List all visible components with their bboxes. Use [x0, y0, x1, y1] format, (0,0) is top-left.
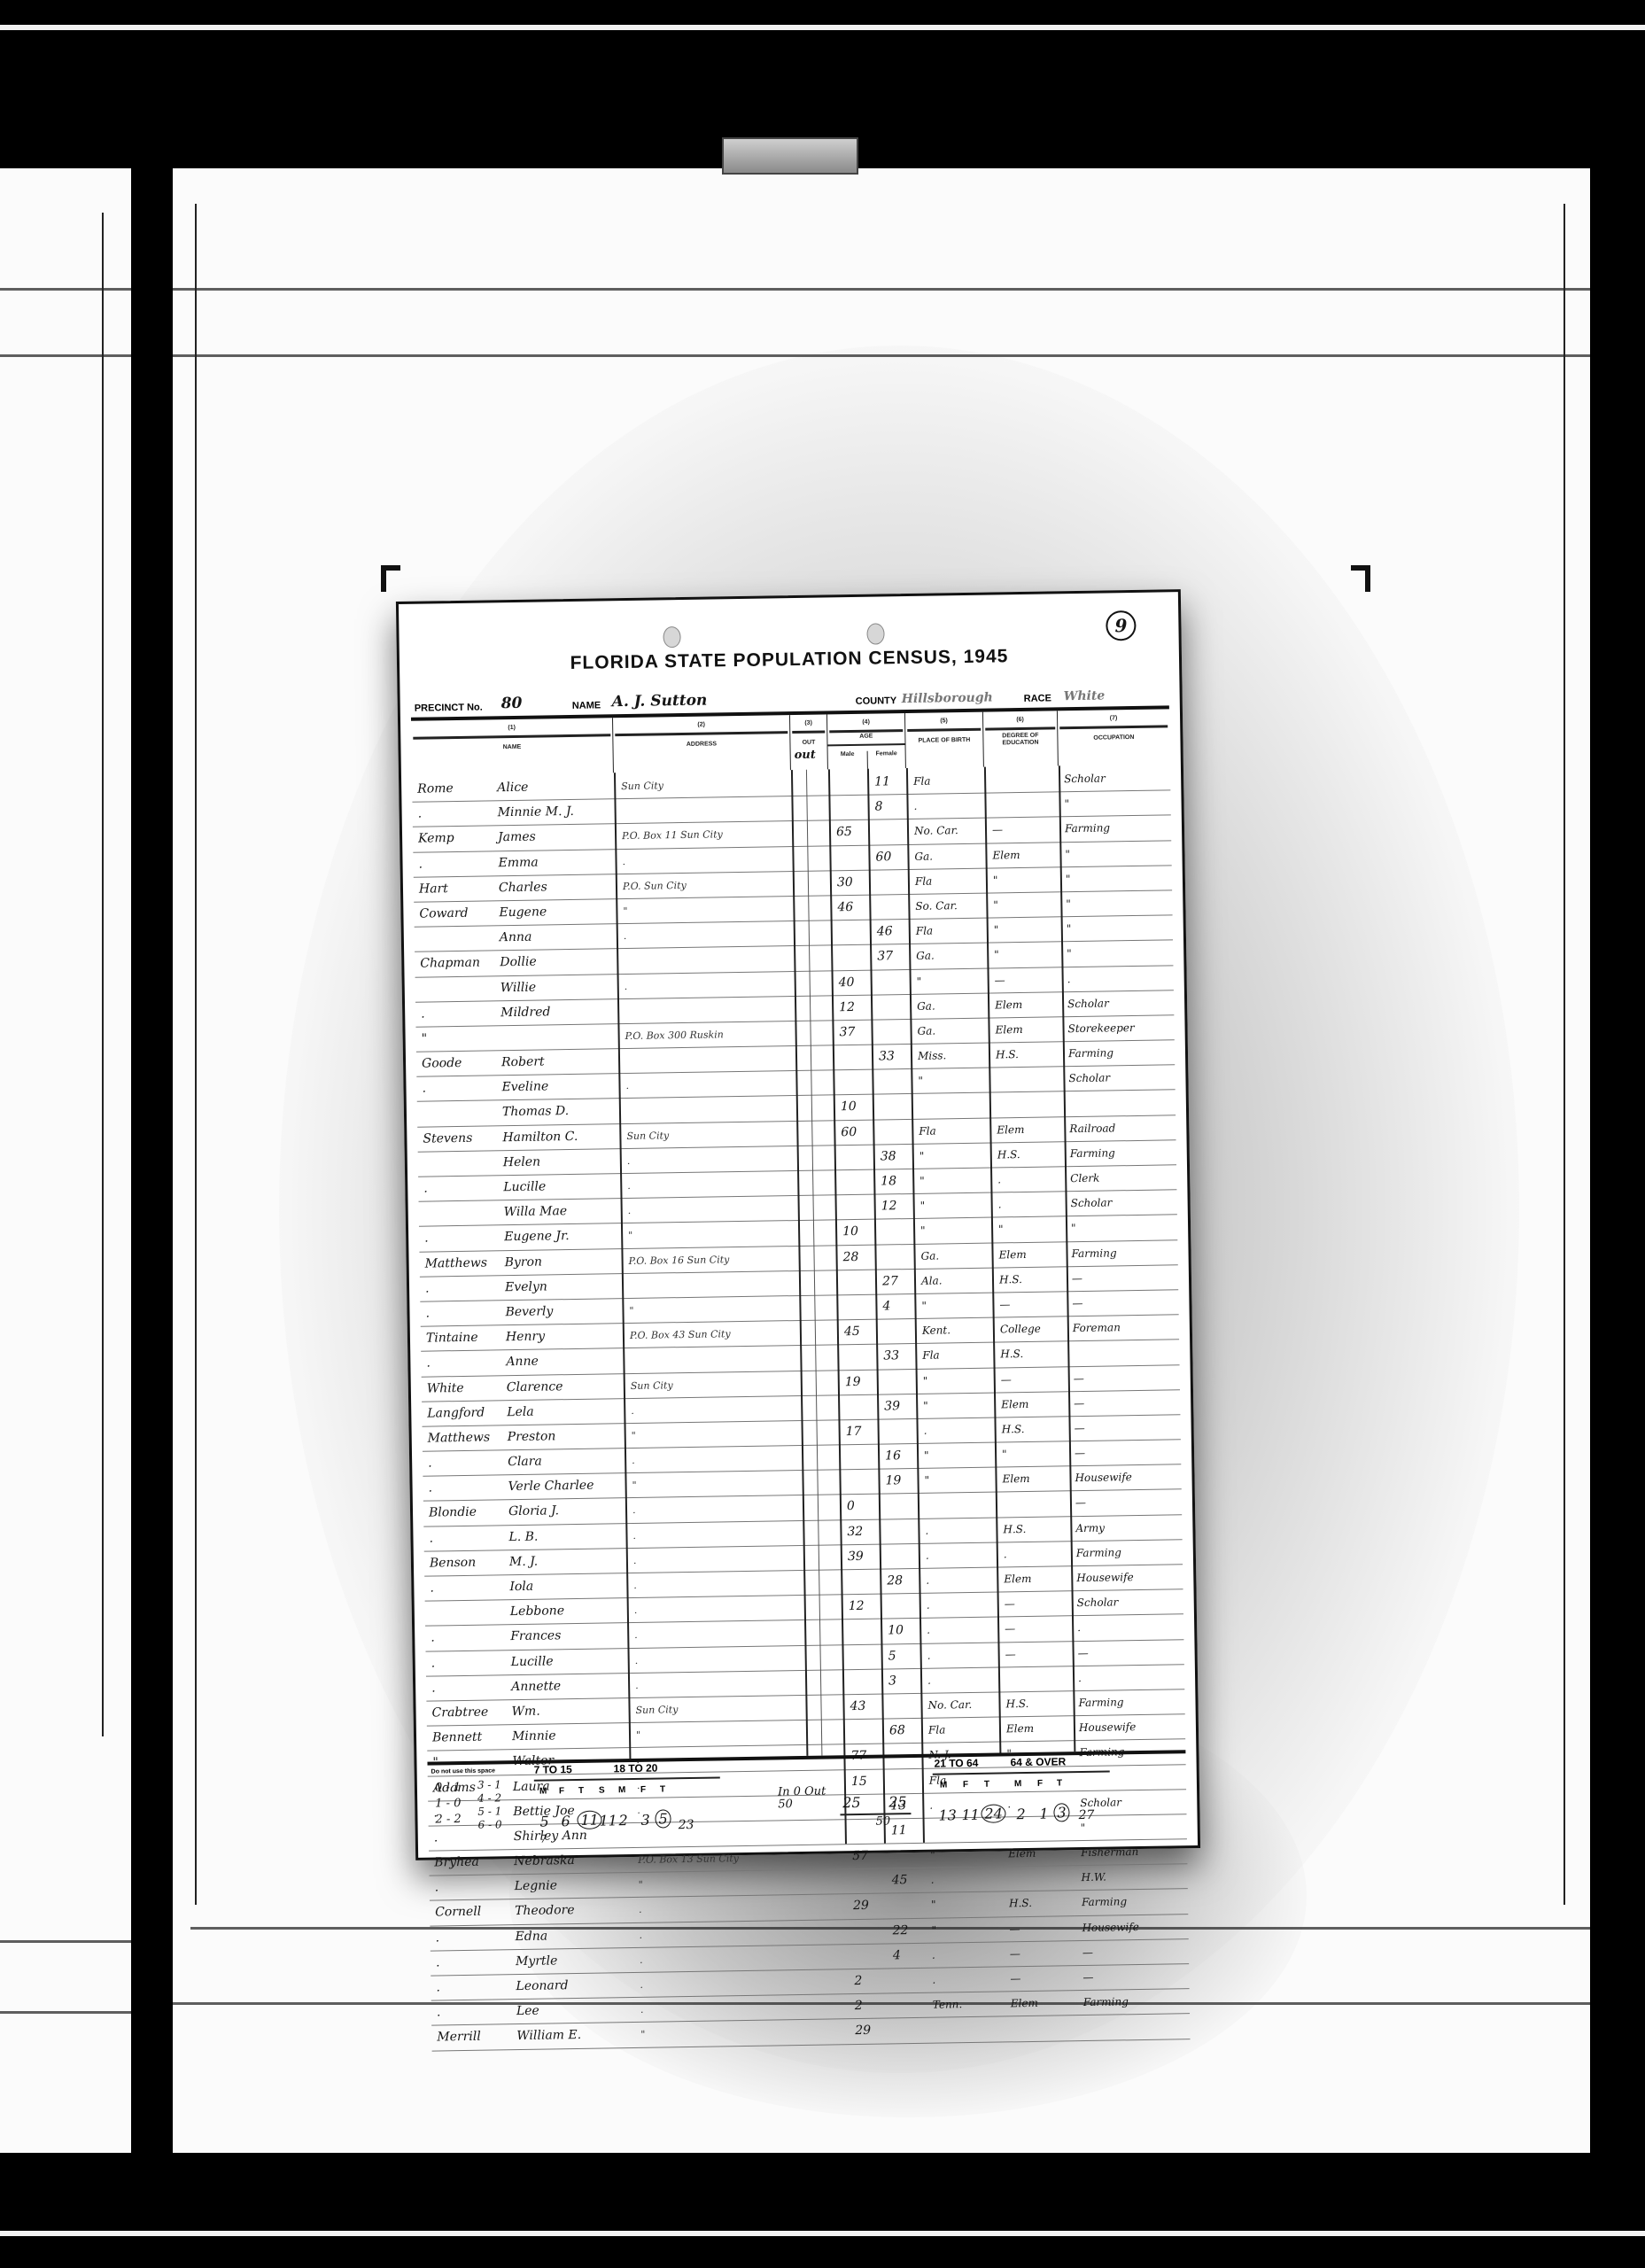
grand-total: 50: [875, 1814, 890, 1828]
cell-birth: .: [927, 1594, 930, 1618]
cell-surname: Blondie: [429, 1501, 477, 1526]
cell-occ: H.W.: [1081, 1866, 1106, 1891]
cell-male: 57: [852, 1845, 868, 1868]
cell-address: .: [625, 974, 628, 998]
cell-birth: Ga.: [914, 844, 933, 869]
cell-birth: .: [932, 1943, 935, 1967]
cell-given: Mildred: [500, 1000, 551, 1025]
cell-birth: Fla: [913, 770, 931, 794]
cell-birth: Ala.: [921, 1269, 943, 1293]
cell-birth: ": [924, 1444, 929, 1468]
document-title: FLORIDA STATE POPULATION CENSUS, 1945: [400, 643, 1179, 677]
val-21-64-t: 24: [981, 1804, 1006, 1822]
val-7-15-extra: 7: [540, 1833, 547, 1845]
cell-edu: Elem: [1011, 1992, 1039, 2016]
cell-surname: Tintaine: [426, 1326, 478, 1351]
cell-given: M. J.: [509, 1550, 539, 1574]
cell-given: Frances: [510, 1625, 562, 1650]
cell-edu: H.S.: [1003, 1518, 1026, 1542]
cell-occ: Farming: [1083, 1990, 1129, 2015]
cell-address: .: [640, 1973, 643, 1997]
cell-male: 2: [855, 1994, 863, 2018]
cell-surname: Coward: [419, 902, 469, 927]
cell-edu: H.S.: [1001, 1417, 1024, 1442]
cell-edu: Elem: [995, 993, 1023, 1018]
cell-female: 28: [887, 1569, 903, 1593]
cell-surname: .: [437, 2001, 441, 2025]
cell-birth: .: [930, 1868, 934, 1892]
cell-address: .: [639, 1922, 642, 1946]
cell-birth: .: [913, 795, 917, 819]
tally-left-0: 0 - 1: [435, 1781, 461, 1794]
female-total: 25: [888, 1793, 907, 1810]
cell-given: Dollie: [500, 951, 537, 975]
census-sheet: 9 FLORIDA STATE POPULATION CENSUS, 1945 …: [396, 589, 1200, 1860]
cell-surname: Goode: [422, 1052, 462, 1076]
cell-address: .: [633, 1549, 637, 1573]
cell-edu: Elem: [1004, 1567, 1032, 1592]
cell-edu: ": [993, 868, 998, 892]
cell-male: 2: [854, 1969, 862, 1993]
group-64-over-label: 64 & OVER: [1010, 1755, 1066, 1768]
val-64-over-t: 3: [1053, 1803, 1070, 1821]
cell-birth: ": [919, 1169, 925, 1193]
cell-surname: Merrill: [437, 2025, 481, 2050]
cell-surname: .: [431, 1676, 436, 1700]
cell-given: Minnie: [512, 1724, 556, 1749]
age-male-header: Male: [828, 751, 868, 770]
cell-surname: .: [434, 1876, 438, 1900]
cell-birth: Kent.: [922, 1318, 951, 1343]
cell-birth: ": [919, 1145, 925, 1169]
col-header-address: (2) ADDRESS: [613, 715, 791, 773]
cell-birth: ": [919, 1194, 925, 1218]
cell-surname: ": [421, 1027, 427, 1051]
cell-male: 45: [844, 1320, 860, 1344]
corner-mark-left: [381, 565, 400, 592]
cell-surname: .: [417, 803, 422, 827]
cell-occ: ": [1071, 1216, 1076, 1240]
precinct-label: PRECINCT No.: [415, 703, 483, 714]
cell-female: 27: [882, 1270, 898, 1293]
val-7-15-s: 11: [599, 1812, 617, 1829]
tally-right-1: 4 - 2: [477, 1791, 501, 1804]
cell-female: 18: [881, 1169, 896, 1193]
cell-given: Minnie M. J.: [497, 800, 574, 826]
cell-address: .: [633, 1573, 637, 1597]
cell-occ: Farming: [1076, 1541, 1121, 1565]
cell-surname: Bryhea: [434, 1851, 479, 1876]
cell-address: .: [640, 1948, 643, 1972]
cell-birth: Fla: [919, 1119, 936, 1143]
cell-edu: Elem: [1008, 1842, 1036, 1867]
binder-clip: [722, 137, 858, 175]
cell-edu: —: [1010, 1967, 1020, 1991]
cell-surname: Matthews: [428, 1425, 491, 1450]
cell-female: 5: [888, 1644, 896, 1668]
cell-female: 37: [877, 945, 893, 969]
tally-right-0: 3 - 1: [477, 1778, 501, 1790]
cell-male: 39: [848, 1545, 864, 1569]
cell-surname: .: [431, 1627, 435, 1651]
val-64-over-m: 2: [1016, 1806, 1025, 1822]
cell-given: Preston: [508, 1425, 556, 1449]
cell-address: .: [632, 1524, 636, 1548]
cell-occ: Scholar: [1067, 991, 1109, 1016]
cell-address: P.O. Box 43 Sun City: [630, 1322, 731, 1348]
cell-birth: Fla: [922, 1344, 940, 1368]
cell-female: 68: [889, 1719, 905, 1743]
cell-female: 16: [885, 1444, 901, 1468]
in-out-note: In 0 Out 50: [778, 1785, 831, 1811]
cell-female: 60: [875, 845, 891, 869]
cell-address: .: [627, 1174, 631, 1198]
county-label: COUNTY: [856, 695, 897, 707]
cell-given: Hamilton C.: [502, 1125, 578, 1151]
cell-given: Lucille: [511, 1650, 554, 1674]
male-total: 25: [842, 1794, 861, 1811]
subtotal-64: 27: [1078, 1808, 1094, 1822]
cell-surname: Cornell: [435, 1900, 482, 1925]
cell-occ: —: [1082, 1941, 1093, 1965]
cell-male: 10: [841, 1095, 857, 1119]
cell-male: 12: [849, 1595, 865, 1619]
cell-surname: .: [425, 1277, 430, 1301]
val-18-20-f: 3: [640, 1812, 649, 1829]
col-header-education: (6) DEGREE OF EDUCATION: [983, 711, 1059, 766]
cell-birth: Ga.: [916, 944, 935, 969]
cell-occ: Housewife: [1079, 1715, 1137, 1740]
cell-occ: —: [1075, 1441, 1085, 1465]
group-18-20-label: 18 TO 20: [614, 1762, 658, 1775]
cell-given: Legnie: [514, 1875, 557, 1899]
cell-address: ": [638, 1873, 642, 1897]
cell-edu: Elem: [992, 843, 1020, 868]
cell-male: 0: [847, 1495, 855, 1518]
cell-occ: .: [1077, 1616, 1081, 1640]
cell-edu: Elem: [1001, 1393, 1029, 1417]
cell-occ: —: [1075, 1491, 1086, 1515]
cell-edu: College: [1000, 1317, 1041, 1342]
cell-birth: .: [925, 1518, 928, 1542]
cell-address: ": [636, 1723, 640, 1747]
cell-edu: Elem: [997, 1118, 1025, 1143]
cell-address: .: [631, 1399, 634, 1423]
cell-given: Wm.: [511, 1700, 540, 1725]
cell-female: 8: [874, 796, 882, 819]
cell-occ: Storekeeper: [1067, 1016, 1135, 1041]
cell-address: Sun City: [635, 1697, 678, 1722]
group-21-64-label: 21 TO 64: [934, 1757, 978, 1770]
enumerator-label: NAME: [572, 700, 601, 711]
cell-birth: ": [931, 1893, 936, 1917]
cell-address: P.O. Box 11 Sun City: [622, 823, 723, 849]
cell-occ: Railroad: [1069, 1116, 1115, 1141]
cell-birth: .: [926, 1569, 929, 1593]
cell-surname: Rome: [417, 777, 454, 802]
cell-edu: .: [997, 1168, 1001, 1192]
cell-occ: —: [1074, 1417, 1084, 1441]
cell-surname: .: [431, 1651, 436, 1675]
cell-male: 29: [855, 2019, 871, 2043]
val-7-15-f: 6: [561, 1813, 570, 1829]
tally-footer: Do not use this space 0 - 1 1 - 0 2 - 2 …: [428, 1751, 1187, 1852]
census-table: (1) NAME (2) ADDRESS (3) OUT out (4) AGE…: [411, 709, 1185, 1761]
cell-female: 4: [882, 1294, 890, 1318]
cell-address: .: [627, 1149, 631, 1173]
cell-surname: Hart: [419, 877, 448, 902]
col-header-age: (4) AGE Male Female: [827, 713, 906, 769]
cell-edu: —: [1005, 1643, 1015, 1666]
cell-address: .: [632, 1449, 635, 1472]
cell-address: .: [622, 850, 625, 874]
cell-surname: .: [428, 1477, 432, 1501]
cell-occ: —: [1072, 1267, 1082, 1291]
cell-birth: No. Car.: [914, 819, 958, 843]
cell-surname: Stevens: [423, 1126, 472, 1151]
cell-given: Henry: [506, 1325, 546, 1350]
cell-edu: —: [1001, 1368, 1012, 1392]
cell-occ: Army: [1075, 1516, 1105, 1541]
cell-birth: .: [932, 1969, 935, 1992]
cell-edu: ": [1002, 1442, 1007, 1466]
cell-edu: H.S.: [1009, 1891, 1032, 1916]
cell-given: Iola: [509, 1575, 533, 1600]
cell-edu: —: [1005, 1592, 1015, 1616]
cell-edu: Elem: [1006, 1717, 1035, 1742]
cell-birth: ": [921, 1294, 927, 1318]
cell-female: 4: [893, 1944, 901, 1968]
cell-occ: —: [1082, 1966, 1093, 1990]
cell-occ: Housewife: [1076, 1565, 1134, 1590]
cell-address: .: [624, 924, 627, 948]
cell-occ: ": [1066, 892, 1071, 916]
cell-birth: ": [924, 1469, 929, 1493]
race-value: White: [1064, 688, 1106, 703]
cell-address: .: [632, 1498, 636, 1522]
cell-surname: Kemp: [418, 827, 454, 851]
cell-given: Lela: [507, 1400, 534, 1425]
cell-address: ": [632, 1473, 636, 1497]
cell-given: Willa Mae: [504, 1200, 568, 1224]
cell-given: Evelyn: [505, 1275, 547, 1300]
cell-edu: ": [994, 944, 999, 967]
cell-given: Annette: [511, 1674, 561, 1699]
cell-edu: .: [1004, 1542, 1007, 1566]
adjacent-board: [0, 168, 131, 2153]
cell-edu: H.S.: [1000, 1342, 1023, 1367]
cell-edu: Elem: [998, 1243, 1027, 1268]
cell-given: Leonard: [516, 1974, 568, 1999]
val-21-64-m: 13: [938, 1806, 957, 1823]
cell-surname: .: [425, 1301, 430, 1325]
val-18-20-t: 5: [655, 1809, 671, 1828]
cell-birth: ": [930, 1844, 935, 1868]
cell-male: 12: [839, 996, 855, 1020]
val-7-15-m: 5: [539, 1814, 548, 1830]
cell-given: Verle Charlee: [508, 1474, 594, 1500]
cell-occ: Fisherman: [1081, 1840, 1139, 1865]
cell-birth: Fla: [928, 1719, 946, 1743]
cell-occ: Farming: [1078, 1690, 1123, 1715]
cell-given: Eugene: [499, 900, 547, 925]
cell-occ: Farming: [1082, 1891, 1127, 1915]
cell-edu: H.S.: [1005, 1692, 1028, 1717]
cell-surname: Crabtree: [431, 1701, 488, 1726]
cell-birth: .: [926, 1544, 929, 1568]
cell-occ: —: [1074, 1366, 1084, 1390]
cell-male: 43: [850, 1695, 865, 1719]
cell-male: 30: [837, 871, 853, 895]
cell-birth: ": [920, 1219, 926, 1243]
cell-edu: H.S.: [997, 1143, 1020, 1168]
cell-given: James: [498, 826, 536, 850]
cell-surname: .: [426, 1352, 431, 1376]
scan-border-line-top: [0, 25, 1645, 30]
cell-edu: Elem: [1002, 1467, 1030, 1492]
val-64-over-f: 1: [1039, 1806, 1048, 1822]
cell-address: ": [629, 1299, 633, 1323]
tally-left-2: 2 - 2: [435, 1813, 461, 1826]
cell-occ: Clerk: [1070, 1167, 1100, 1192]
page-number: 9: [1106, 610, 1137, 641]
cell-surname: .: [422, 1077, 426, 1101]
precinct-value: 80: [501, 695, 523, 712]
cell-birth: .: [923, 1419, 927, 1443]
col-header-birthplace: (5) PLACE OF BIRTH: [905, 712, 984, 768]
cell-surname: .: [424, 1227, 429, 1251]
cell-surname: .: [435, 1926, 439, 1950]
cell-surname: .: [436, 1976, 440, 2000]
cell-birth: Ga.: [917, 1019, 935, 1044]
cell-occ: Farming: [1065, 817, 1110, 842]
cell-given: L. B.: [508, 1525, 538, 1550]
cell-address: .: [625, 1074, 629, 1098]
cell-male: 40: [839, 970, 855, 994]
cell-address: Sun City: [626, 1123, 669, 1148]
cell-surname: White: [427, 1376, 464, 1401]
cell-given: Charles: [499, 875, 547, 900]
cell-edu: —: [992, 819, 1003, 843]
cell-male: 28: [842, 1245, 858, 1269]
cell-male: 19: [845, 1370, 861, 1394]
cell-female: 12: [881, 1194, 896, 1218]
cell-female: 33: [883, 1345, 899, 1369]
corner-mark-right: [1351, 565, 1370, 592]
cell-occ: ": [1067, 917, 1072, 941]
cell-male: 46: [837, 896, 853, 920]
punch-hole-right: [866, 623, 884, 644]
cell-birth: Ga.: [917, 994, 935, 1019]
cell-address: .: [628, 1199, 632, 1223]
cell-address: ": [640, 2023, 645, 2047]
cell-surname: .: [436, 1951, 440, 1975]
cell-birth: Miss.: [918, 1044, 947, 1068]
cell-given: Lee: [516, 2000, 539, 2024]
cell-male: 65: [836, 820, 852, 844]
cell-birth: So. Car.: [915, 894, 958, 919]
cell-given: Myrtle: [516, 1949, 558, 1974]
cell-edu: Elem: [995, 1018, 1023, 1043]
cell-birth: ": [916, 969, 921, 993]
cell-birth: ": [923, 1394, 928, 1417]
cell-surname: .: [423, 1177, 428, 1201]
cell-female: 45: [891, 1868, 907, 1892]
race-label: RACE: [1024, 693, 1051, 703]
cell-address: ": [623, 899, 627, 923]
cell-female: 33: [879, 1045, 895, 1068]
cell-given: Robert: [501, 1051, 545, 1076]
do-not-use-label: Do not use this space: [431, 1767, 495, 1775]
cell-address: P.O. Sun City: [623, 874, 687, 898]
cell-edu: .: [997, 1193, 1001, 1217]
cell-birth: ": [918, 1069, 923, 1093]
cell-female: 19: [885, 1469, 901, 1493]
cell-female: 38: [881, 1145, 896, 1169]
cell-address: P.O. Box 300 Ruskin: [625, 1022, 724, 1048]
cell-edu: H.S.: [996, 1043, 1019, 1068]
cell-male: 60: [841, 1121, 857, 1145]
cell-male: 37: [839, 1021, 855, 1045]
cell-edu: —: [994, 968, 1005, 992]
cell-occ: —: [1077, 1641, 1088, 1665]
cell-birth: Fla: [915, 869, 933, 893]
cell-given: Eveline: [501, 1076, 548, 1100]
cell-occ: ": [1064, 792, 1069, 816]
cell-edu: —: [1005, 1618, 1015, 1642]
cell-edu: —: [999, 1293, 1010, 1317]
cell-given: Helen: [503, 1150, 541, 1175]
tally-right-3: 6 - 0: [477, 1818, 501, 1830]
cell-given: Theodore: [515, 1899, 575, 1923]
cell-given: Alice: [497, 776, 529, 801]
cell-given: Nebraska: [514, 1849, 575, 1874]
cell-occ: ": [1066, 867, 1071, 891]
cell-address: .: [640, 1998, 644, 2022]
cell-occ: Housewife: [1082, 1915, 1139, 1940]
cell-birth: .: [927, 1619, 930, 1643]
cell-given: Willie: [500, 975, 537, 1000]
cell-surname: Matthews: [424, 1251, 487, 1276]
cell-occ: ": [1067, 942, 1072, 966]
cell-address: Sun City: [631, 1373, 673, 1398]
cell-given: Clarence: [507, 1375, 563, 1400]
cell-given: Lucille: [503, 1175, 546, 1200]
cell-female: 39: [884, 1394, 900, 1418]
cell-address: .: [634, 1648, 638, 1672]
cell-given: Lebbone: [510, 1599, 565, 1624]
cell-occ: .: [1078, 1666, 1082, 1690]
cell-given: Eugene Jr.: [504, 1224, 570, 1249]
cell-occ: Scholar: [1064, 766, 1106, 791]
out-mark: out: [795, 749, 816, 762]
val-18-20-m: 2: [618, 1812, 627, 1829]
punch-hole-left: [663, 626, 680, 648]
cell-occ: —: [1072, 1292, 1082, 1316]
scan-border-line-bottom: [0, 2231, 1645, 2236]
group-7-15-label: 7 TO 15: [534, 1763, 572, 1776]
cell-edu: ": [993, 893, 998, 917]
cell-surname: .: [428, 1452, 432, 1476]
cell-given: Byron: [504, 1250, 542, 1275]
cell-female: 46: [877, 920, 893, 944]
enumerator-value: A. J. Sutton: [612, 692, 708, 711]
cell-given: Clara: [508, 1450, 542, 1475]
cell-female: 22: [892, 1919, 908, 1943]
cell-given: Beverly: [505, 1300, 553, 1324]
cell-occ: Farming: [1071, 1241, 1116, 1266]
cell-occ: Farming: [1068, 1041, 1113, 1066]
